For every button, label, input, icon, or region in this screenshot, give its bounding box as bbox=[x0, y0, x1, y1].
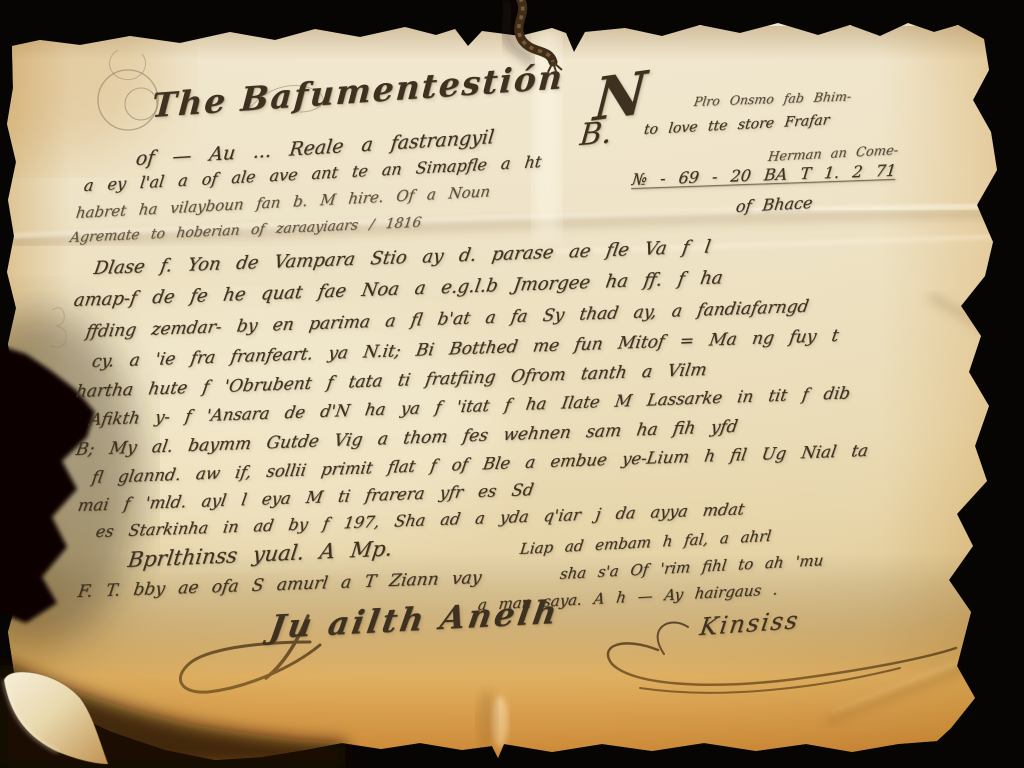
bottom-amber-glow bbox=[0, 0, 1024, 768]
letter-photo bbox=[0, 0, 1024, 768]
photo-stage: The Bafumentestión of — Au ... Reale a f… bbox=[0, 0, 1024, 768]
